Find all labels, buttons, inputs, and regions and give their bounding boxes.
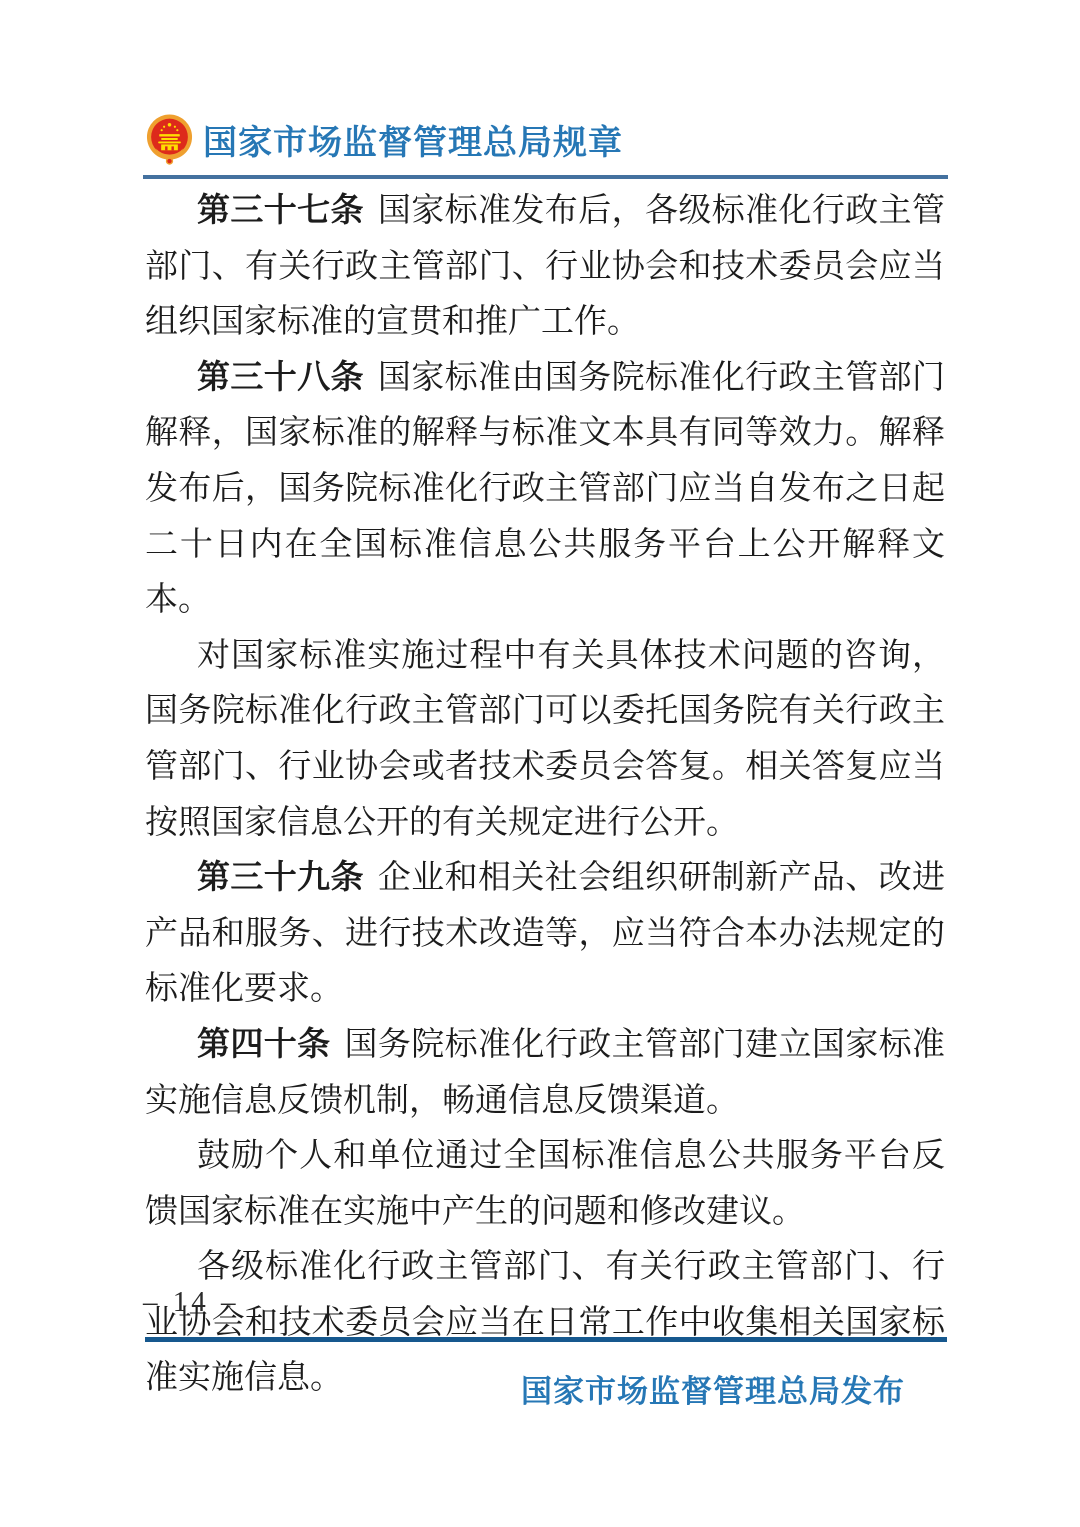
page-title: 国家市场监督管理总局规章 [203,115,623,164]
article-text: 鼓励个人和单位通过全国标准信息公共服务平台反馈国家标准在实施中产生的问题和修改建… [145,1138,945,1230]
article-paragraph: 第四十条国务院标准化行政主管部门建立国家标准实施信息反馈机制，畅通信息反馈渠道。 [145,1018,945,1129]
national-emblem-icon [145,114,194,165]
article-number: 第四十条 [197,1027,331,1063]
page-number: – 14 – [143,1286,240,1319]
article-paragraph: 第三十八条国家标准由国务院标准化行政主管部门解释，国家标准的解释与标准文本具有同… [145,351,945,629]
document-page: 国家市场监督管理总局规章 第三十七条国家标准发布后，各级标准化行政主管部门、有关… [0,0,1080,1527]
header-divider [143,175,948,179]
article-text: 对国家标准实施过程中有关具体技术问题的咨询，国务院标准化行政主管部门可以委托国务… [145,638,945,841]
article-paragraph: 对国家标准实施过程中有关具体技术问题的咨询，国务院标准化行政主管部门可以委托国务… [145,629,945,851]
article-number: 第三十九条 [197,860,364,896]
article-number: 第三十八条 [197,360,364,396]
footer-divider [145,1337,947,1342]
article-text: 国家标准由国务院标准化行政主管部门解释，国家标准的解释与标准文本具有同等效力。解… [145,360,945,618]
article-number: 第三十七条 [197,193,364,229]
article-paragraph: 第三十九条企业和相关社会组织研制新产品、改进产品和服务、进行技术改造等，应当符合… [145,851,945,1018]
publisher-label: 国家市场监督管理总局发布 [521,1366,905,1411]
document-body: 第三十七条国家标准发布后，各级标准化行政主管部门、有关行政主管部门、行业协会和技… [145,184,945,1407]
article-paragraph: 第三十七条国家标准发布后，各级标准化行政主管部门、有关行政主管部门、行业协会和技… [145,184,945,351]
page-header: 国家市场监督管理总局规章 [145,114,623,165]
article-paragraph: 鼓励个人和单位通过全国标准信息公共服务平台反馈国家标准在实施中产生的问题和修改建… [145,1129,945,1240]
